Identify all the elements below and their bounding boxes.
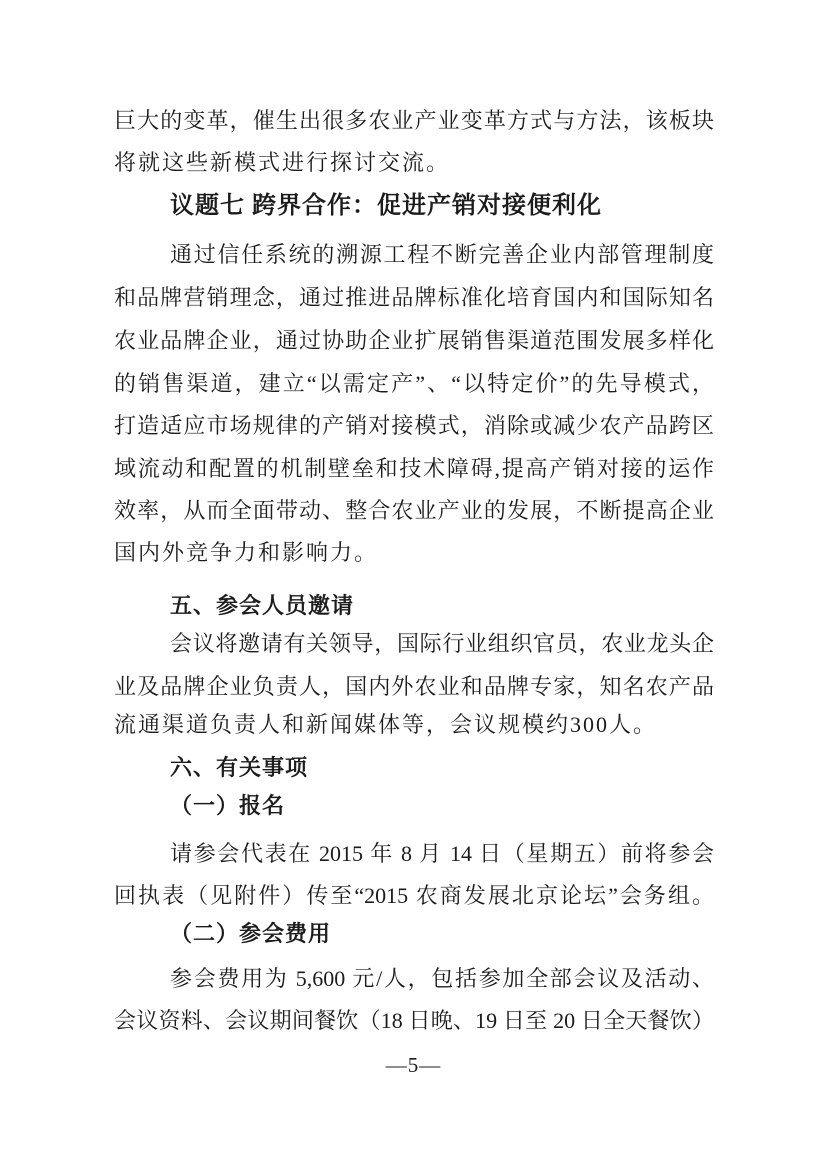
paragraph-line: 打造适应市场规律的产销对接模式，消除或减少农产品跨区 <box>114 411 714 441</box>
paragraph-line: 和品牌营销理念，通过推进品牌标准化培育国内和国际知名 <box>114 283 714 313</box>
paragraph-line: 通过信任系统的溯源工程不断完善企业内部管理制度 <box>114 240 714 270</box>
paragraph-line: 国内外竞争力和影响力。 <box>114 538 714 568</box>
topic7-heading: 议题七 跨界合作：促进产销对接便利化 <box>114 191 714 221</box>
paragraph-line: 的销售渠道，建立“以需定产”、“以特定价”的先导模式， <box>114 369 714 399</box>
section5-heading: 五、参会人员邀请 <box>114 591 714 621</box>
sub1-registration-heading: （一）报名 <box>114 791 714 821</box>
paragraph-line: 请参会代表在 2015 年 8 月 14 日（星期五）前将参会 <box>114 839 714 869</box>
document-page: 巨大的变革，催生出很多农业产业变革方式与方法，该板块 将就这些新模式进行探讨交流… <box>0 0 827 1169</box>
paragraph-line: 参会费用为 5,600 元/人，包括参加全部会议及活动、 <box>114 964 714 994</box>
section6-heading: 六、有关事项 <box>114 753 714 783</box>
paragraph-line: 会议资料、会议期间餐饮（18 日晚、19 日至 20 日全天餐饮） <box>114 1006 714 1036</box>
page-number: —5— <box>0 1053 827 1078</box>
paragraph-line: 巨大的变革，催生出很多农业产业变革方式与方法，该板块 <box>114 106 714 136</box>
paragraph-line: 农业品牌企业，通过协助企业扩展销售渠道范围发展多样化 <box>114 326 714 356</box>
paragraph-line: 业及品牌企业负责人，国内外农业和品牌专家，知名农产品 <box>114 672 714 702</box>
paragraph-line: 流通渠道负责人和新闻媒体等，会议规模约300人。 <box>114 710 714 740</box>
paragraph-line: 回执表（见附件）传至“2015 农商发展北京论坛”会务组。 <box>114 881 714 911</box>
paragraph-line: 效率，从而全面带动、整合农业产业的发展，不断提高企业 <box>114 496 714 526</box>
paragraph-line: 会议将邀请有关领导，国际行业组织官员，农业龙头企 <box>114 629 714 659</box>
paragraph-line: 域流动和配置的机制壁垒和技术障碍,提高产销对接的运作 <box>114 454 714 484</box>
paragraph-line: 将就这些新模式进行探讨交流。 <box>114 148 714 178</box>
sub2-fee-heading: （二）参会费用 <box>114 919 714 949</box>
